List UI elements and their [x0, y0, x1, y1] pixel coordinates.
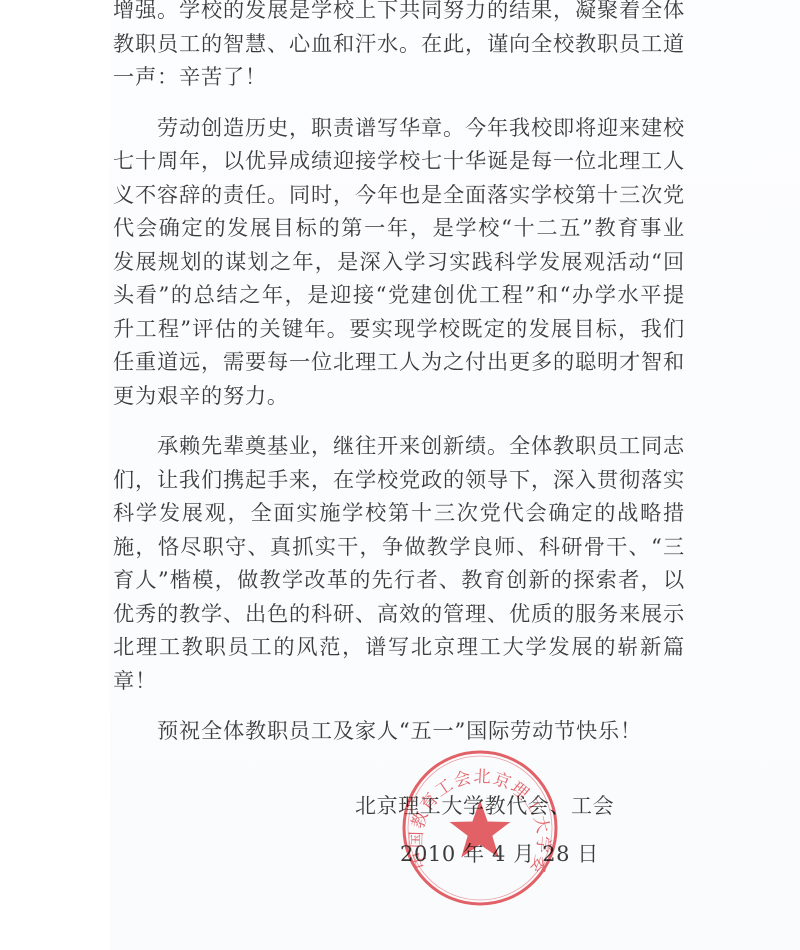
seal-stamp-icon: 中国教育工会北京理工大学委员会: [400, 748, 560, 908]
paragraph-closing-thanks: 增强。学校的发展是学校上下共同努力的结果，凝聚着全体教职员工的智慧、心血和汗水。…: [113, 0, 685, 94]
paragraph-seventieth-anniversary: 劳动创造历史，职责谱写华章。今年我校即将迎来建校七十周年，以优异成绩迎接学校七十…: [113, 111, 685, 413]
paragraph-call-to-action: 承赖先辈奠基业，继往开来创新绩。全体教职员工同志们，让我们携起手来，在学校党政的…: [113, 429, 685, 697]
official-seal: 中国教育工会北京理工大学委员会: [400, 748, 560, 908]
star-icon: [450, 800, 511, 858]
paragraph-holiday-greeting: 预祝全体教职员工及家人“五一”国际劳动节快乐！: [113, 714, 685, 748]
letter-body: 增强。学校的发展是学校上下共同努力的结果，凝聚着全体教职员工的智慧、心血和汗水。…: [113, 0, 685, 765]
